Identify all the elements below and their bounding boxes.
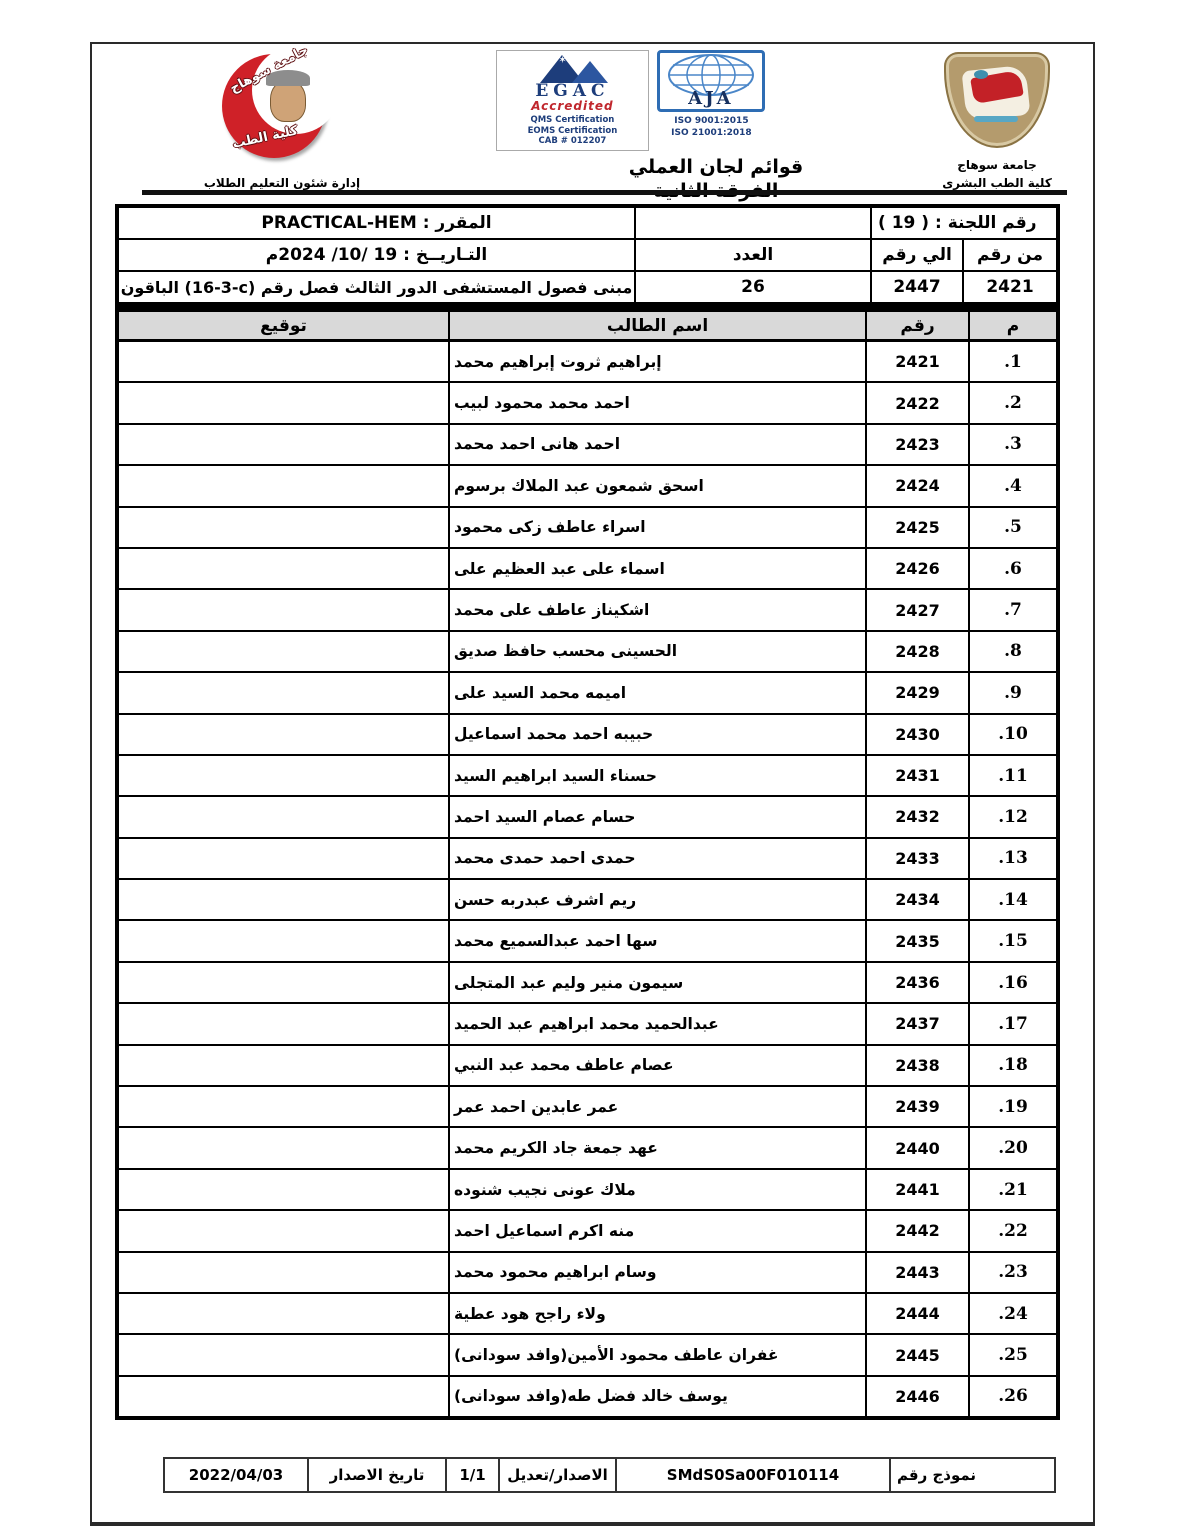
table-row: .202440عهد جمعة جاد الكريم محمد (119, 1128, 1056, 1169)
student-number: 2441 (865, 1170, 968, 1209)
signature-cell (119, 1170, 448, 1209)
signature-cell (119, 715, 448, 754)
student-name: عبدالحميد محمد ابراهيم عبد الحميد (448, 1004, 865, 1043)
empty-cell (634, 208, 870, 240)
signature-cell (119, 508, 448, 547)
crescent-logo-graphic: جامعة سوهاج كلية الطب (222, 52, 342, 162)
student-name: ولاء راجح هود عطية (448, 1294, 865, 1333)
student-serial: .7 (968, 590, 1056, 629)
date-cell: التـاريــخ : 19 /10/ 2024م (119, 240, 634, 272)
table-row: .42424اسحق شمعون عبد الملاك برسوم (119, 466, 1056, 507)
signature-cell (119, 1335, 448, 1374)
student-serial: .24 (968, 1294, 1056, 1333)
student-number: 2423 (865, 425, 968, 464)
table-row: .52425اسراء عاطف زكى محمود (119, 508, 1056, 549)
student-number: 2433 (865, 839, 968, 878)
signature-cell (119, 839, 448, 878)
table-column-headers: م رقم اسم الطالب توقيع (119, 312, 1056, 342)
signature-cell (119, 632, 448, 671)
table-row: .122432حسام عصام السيد احمد (119, 797, 1056, 838)
egac-cert-line: CAB # 012207 (497, 136, 648, 147)
committee-number-cell: رقم اللجنة : ( 19 ) (870, 208, 1056, 240)
student-serial: .4 (968, 466, 1056, 505)
student-number: 2439 (865, 1087, 968, 1126)
signature-cell (119, 1294, 448, 1333)
student-number: 2425 (865, 508, 968, 547)
egac-accreditation-logo: ✶ EGAC Accredited QMS Certification EOMS… (496, 50, 649, 151)
student-serial: .5 (968, 508, 1056, 547)
table-row: .182438عصام عاطف محمد عبد النبي (119, 1046, 1056, 1087)
student-number: 2424 (865, 466, 968, 505)
student-name: اسماء على عبد العظيم على (448, 549, 865, 588)
document-page: جامعة سوهاج كلية الطب إدارة شئون التعليم… (90, 42, 1095, 1526)
student-name: اميمه محمد السيد على (448, 673, 865, 712)
table-row: .12421إبراهيم ثروت إبراهيم محمد (119, 342, 1056, 383)
student-serial: .13 (968, 839, 1056, 878)
egac-accredited-label: Accredited (497, 100, 648, 113)
student-number: 2437 (865, 1004, 968, 1043)
column-header-name: اسم الطالب (448, 312, 865, 339)
student-number: 2436 (865, 963, 968, 1002)
separator-band (119, 304, 1056, 312)
signature-cell (119, 425, 448, 464)
table-row: .172437عبدالحميد محمد ابراهيم عبد الحميد (119, 1004, 1056, 1045)
title-line-1: قوائم‎ لجان‎ العملي (516, 156, 916, 180)
certification-logos: ✶ EGAC Accredited QMS Certification EOMS… (496, 50, 766, 151)
table-row: .72427اشكيناز عاطف على محمد (119, 590, 1056, 631)
table-row: .262446يوسف خالد فضل طه(وافد سودانى) (119, 1377, 1056, 1416)
student-name: ريم اشرف عبدربه حسن (448, 880, 865, 919)
signature-cell (119, 797, 448, 836)
student-number: 2446 (865, 1377, 968, 1416)
signature-cell (119, 880, 448, 919)
student-serial: .8 (968, 632, 1056, 671)
aja-iso-line: ISO 21001:2018 (657, 128, 766, 140)
signature-cell (119, 342, 448, 381)
student-serial: .10 (968, 715, 1056, 754)
table-row: .142434ريم اشرف عبدربه حسن (119, 880, 1056, 921)
edition-value: 1/1 (445, 1459, 498, 1491)
aja-name: AJA (660, 88, 762, 109)
student-serial: .15 (968, 921, 1056, 960)
table-row: .132433حمدى احمد حمدى محمد (119, 839, 1056, 880)
student-serial: .23 (968, 1253, 1056, 1292)
left-logo-caption: إدارة شئون التعليم الطلاب (132, 176, 432, 190)
student-number: 2434 (865, 880, 968, 919)
signature-cell (119, 1087, 448, 1126)
student-name: حبيبه احمد محمد اسماعيل (448, 715, 865, 754)
header-center-block: ✶ EGAC Accredited QMS Certification EOMS… (482, 50, 882, 226)
student-number: 2442 (865, 1211, 968, 1250)
table-row: .82428الحسينى محسب حافظ صديق (119, 632, 1056, 673)
student-number: 2426 (865, 549, 968, 588)
signature-cell (119, 590, 448, 629)
student-serial: .22 (968, 1211, 1056, 1250)
student-number: 2438 (865, 1046, 968, 1085)
to-number-value: 2447 (870, 272, 962, 304)
egac-cert-line: QMS Certification (497, 115, 648, 126)
student-name: حمدى احمد حمدى محمد (448, 839, 865, 878)
signature-cell (119, 673, 448, 712)
student-rows: .12421إبراهيم ثروت إبراهيم محمد.22422احم… (119, 342, 1056, 1416)
aja-iso-line: ISO 9001:2015 (657, 116, 766, 128)
student-name: ملاك عونى نجيب شنوده (448, 1170, 865, 1209)
shield-logo-graphic (944, 52, 1050, 148)
student-number: 2422 (865, 383, 968, 422)
student-name: إبراهيم ثروت إبراهيم محمد (448, 342, 865, 381)
student-number: 2440 (865, 1128, 968, 1167)
form-footer-table: نموذج رقم SMdS0Sa00F010114 الاصدار/تعديل… (163, 1457, 1056, 1493)
student-name: عهد جمعة جاد الكريم محمد (448, 1128, 865, 1167)
table-row: .232443وسام ابراهيم محمود محمد (119, 1253, 1056, 1294)
student-serial: .9 (968, 673, 1056, 712)
student-serial: .18 (968, 1046, 1056, 1085)
signature-cell (119, 921, 448, 960)
table-row: .252445غفران عاطف محمود الأمين(وافد سودا… (119, 1335, 1056, 1376)
student-name: سيمون منير وليم عبد المتجلى (448, 963, 865, 1002)
table-row: .112431حسناء السيد ابراهيم السيد (119, 756, 1056, 797)
student-name: منه اكرم اسماعيل احمد (448, 1211, 865, 1250)
student-number: 2428 (865, 632, 968, 671)
student-serial: .2 (968, 383, 1056, 422)
egac-mountain-icon: ✶ (532, 53, 612, 83)
student-serial: .16 (968, 963, 1056, 1002)
student-serial: .1 (968, 342, 1056, 381)
student-number: 2432 (865, 797, 968, 836)
location-cell: مبنى فصول المستشفى الدور الثالث فصل رقم … (119, 272, 634, 304)
student-serial: .17 (968, 1004, 1056, 1043)
egac-cert-line: EOMS Certification (497, 126, 648, 137)
student-name: سها احمد عبدالسميع محمد (448, 921, 865, 960)
student-name: عصام عاطف محمد عبد النبي (448, 1046, 865, 1085)
signature-cell (119, 756, 448, 795)
committee-info-grid: رقم اللجنة : ( 19 ) المقرر : PRACTICAL-H… (119, 208, 1056, 304)
student-number: 2431 (865, 756, 968, 795)
student-number: 2445 (865, 1335, 968, 1374)
table-row: .242444ولاء راجح هود عطية (119, 1294, 1056, 1335)
table-row: .212441ملاك عونى نجيب شنوده (119, 1170, 1056, 1211)
signature-cell (119, 1004, 448, 1043)
signature-cell (119, 1253, 448, 1292)
table-row: .62426اسماء على عبد العظيم على (119, 549, 1056, 590)
student-name: حسام عصام السيد احمد (448, 797, 865, 836)
table-row: .92429اميمه محمد السيد على (119, 673, 1056, 714)
to-number-label: الي رقم (870, 240, 962, 272)
university-shield-logo: جامعة سوهاج كلية الطب البشرى (887, 52, 1107, 192)
egac-star-icon: ✶ (558, 55, 566, 66)
count-value: 26 (634, 272, 870, 304)
student-number: 2421 (865, 342, 968, 381)
signature-cell (119, 1128, 448, 1167)
egac-name: EGAC (497, 83, 648, 100)
student-serial: .25 (968, 1335, 1056, 1374)
university-name: جامعة سوهاج (887, 156, 1107, 174)
column-header-signature: توقيع (119, 312, 448, 339)
student-number: 2429 (865, 673, 968, 712)
signature-cell (119, 383, 448, 422)
count-label: العدد (634, 240, 870, 272)
student-serial: .20 (968, 1128, 1056, 1167)
student-serial: .3 (968, 425, 1056, 464)
aja-iso-logo: AJA ISO 9001:2015 ISO 21001:2018 (657, 50, 766, 139)
edition-label: الاصدار/تعديل (498, 1459, 615, 1491)
student-number: 2444 (865, 1294, 968, 1333)
signature-cell (119, 963, 448, 1002)
student-name: احمد محمد محمود لبيب (448, 383, 865, 422)
student-number: 2427 (865, 590, 968, 629)
student-number: 2430 (865, 715, 968, 754)
student-name: اشكيناز عاطف على محمد (448, 590, 865, 629)
document-header: جامعة سوهاج كلية الطب إدارة شئون التعليم… (92, 50, 1093, 200)
table-row: .192439عمر عابدين احمد عمر (119, 1087, 1056, 1128)
signature-cell (119, 1211, 448, 1250)
signature-cell (119, 549, 448, 588)
table-row: .152435سها احمد عبدالسميع محمد (119, 921, 1056, 962)
student-serial: .12 (968, 797, 1056, 836)
signature-cell (119, 1377, 448, 1416)
student-serial: .26 (968, 1377, 1056, 1416)
student-serial: .21 (968, 1170, 1056, 1209)
header-divider-line (142, 190, 1067, 195)
student-number: 2443 (865, 1253, 968, 1292)
table-row: .102430حبيبه احمد محمد اسماعيل (119, 715, 1056, 756)
student-name: الحسينى محسب حافظ صديق (448, 632, 865, 671)
student-number: 2435 (865, 921, 968, 960)
student-name: اسراء عاطف زكى محمود (448, 508, 865, 547)
issue-date-label: تاريخ الاصدار (307, 1459, 445, 1491)
student-serial: .11 (968, 756, 1056, 795)
pharaoh-figure (270, 80, 306, 122)
form-code: SMdS0Sa00F010114 (615, 1459, 889, 1491)
column-header-number: رقم (865, 312, 968, 339)
student-name: حسناء السيد ابراهيم السيد (448, 756, 865, 795)
student-name: اسحق شمعون عبد الملاك برسوم (448, 466, 865, 505)
student-name: يوسف خالد فضل طه(وافد سودانى) (448, 1377, 865, 1416)
signature-cell (119, 1046, 448, 1085)
table-row: .162436سيمون منير وليم عبد المتجلى (119, 963, 1056, 1004)
committee-table: رقم اللجنة : ( 19 ) المقرر : PRACTICAL-H… (115, 204, 1060, 1420)
from-number-label: من رقم (962, 240, 1056, 272)
table-row: .222442منه اكرم اسماعيل احمد (119, 1211, 1056, 1252)
student-name: وسام ابراهيم محمود محمد (448, 1253, 865, 1292)
table-row: .22422احمد محمد محمود لبيب (119, 383, 1056, 424)
issue-date-value: 2022/04/03 (165, 1459, 307, 1491)
student-name: احمد هانى احمد محمد (448, 425, 865, 464)
from-number-value: 2421 (962, 272, 1056, 304)
form-number-label: نموذج رقم (889, 1459, 1054, 1491)
student-serial: .19 (968, 1087, 1056, 1126)
table-row: .32423احمد هانى احمد محمد (119, 425, 1056, 466)
faculty-crescent-logo: جامعة سوهاج كلية الطب إدارة شئون التعليم… (132, 52, 432, 190)
student-serial: .6 (968, 549, 1056, 588)
student-serial: .14 (968, 880, 1056, 919)
column-header-serial: م (968, 312, 1056, 339)
student-name: عمر عابدين احمد عمر (448, 1087, 865, 1126)
signature-cell (119, 466, 448, 505)
course-cell: المقرر : PRACTICAL-HEM (119, 208, 634, 240)
student-name: غفران عاطف محمود الأمين(وافد سودانى) (448, 1335, 865, 1374)
